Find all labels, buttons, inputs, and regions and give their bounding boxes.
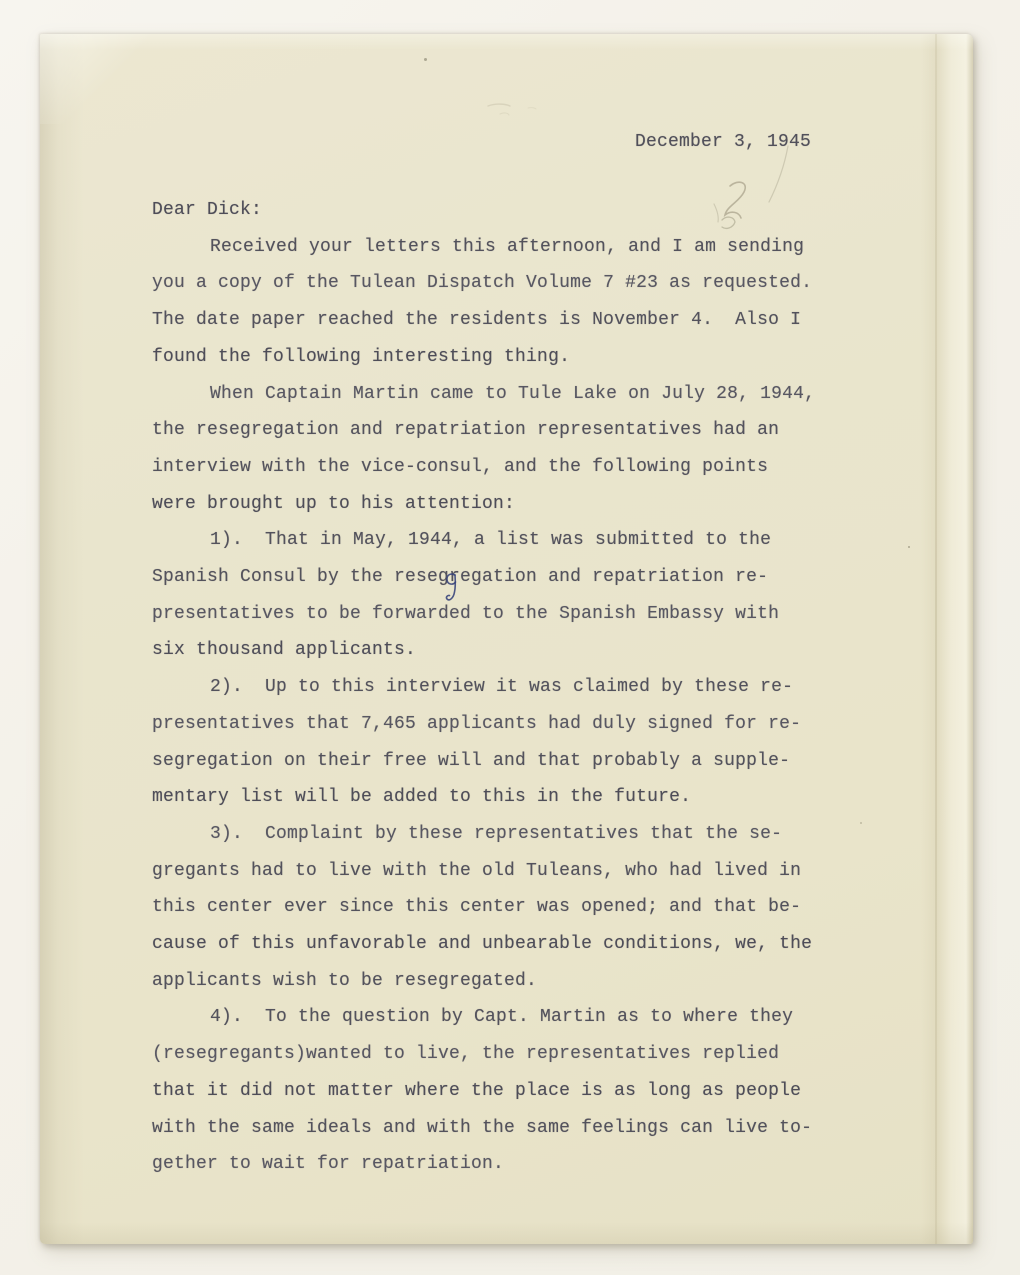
paper-corner-crease (40, 34, 160, 124)
letter-line: with the same ideals and with the same f… (152, 1110, 852, 1147)
letter-body: Dear Dick:Received your letters this aft… (152, 192, 852, 1183)
letter-line: gregants had to live with the old Tulean… (152, 853, 852, 890)
handwritten-g-correction (444, 571, 460, 605)
letter-line: interview with the vice-consul, and the … (152, 449, 852, 486)
letter-line: presentatives that 7,465 applicants had … (152, 706, 852, 743)
paper-speck (282, 1124, 284, 1126)
letter-line: 2). Up to this interview it was claimed … (152, 669, 852, 706)
letter-line: were brought up to his attention: (152, 486, 852, 523)
paper-speck (424, 58, 427, 61)
letter-line: 3). Complaint by these representatives t… (152, 816, 852, 853)
letter-line: (resegregants)wanted to live, the repres… (152, 1036, 852, 1073)
letter-line: this center ever since this center was o… (152, 889, 852, 926)
letter-line: cause of this unfavorable and unbearable… (152, 926, 852, 963)
letter-line: The date paper reached the residents is … (152, 302, 852, 339)
letter-line: Spanish Consul by the resegregation and … (152, 559, 852, 596)
letter-line: Dear Dick: (152, 192, 852, 229)
letter-line: segregation on their free will and that … (152, 743, 852, 780)
letter-line: found the following interesting thing. (152, 339, 852, 376)
letter-line: the resegregation and repatriation repre… (152, 412, 852, 449)
pencil-smudge (480, 100, 540, 126)
letter-line: six thousand applicants. (152, 632, 852, 669)
letter-line: applicants wish to be resegregated. (152, 963, 852, 1000)
letter-paper: December 3, 1945 Dear Dick:Received your… (40, 34, 973, 1244)
letter-line: Received your letters this afternoon, an… (152, 229, 852, 266)
letter-line: that it did not matter where the place i… (152, 1073, 852, 1110)
paper-fold-seam (935, 34, 937, 1244)
letter-line: you a copy of the Tulean Dispatch Volume… (152, 265, 852, 302)
letter-line: 4). To the question by Capt. Martin as t… (152, 999, 852, 1036)
paper-speck (860, 822, 862, 824)
letter-line: When Captain Martin came to Tule Lake on… (152, 376, 852, 413)
letter-line: presentatives to be forwarded to the Spa… (152, 596, 852, 633)
letter-line: gether to wait for repatriation. (152, 1146, 852, 1183)
letter-line: 1). That in May, 1944, a list was submit… (152, 522, 852, 559)
paper-speck (908, 546, 910, 548)
letter-line: mentary list will be added to this in th… (152, 779, 852, 816)
